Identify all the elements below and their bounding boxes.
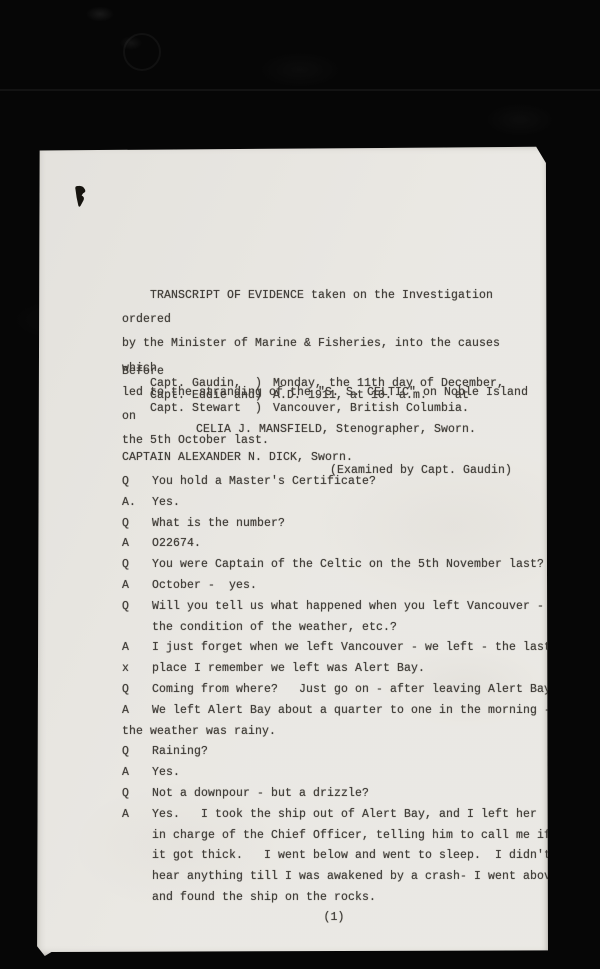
- qa-text: Yes.: [152, 496, 180, 517]
- qa-text: in charge of the Chief Officer, telling …: [152, 829, 551, 850]
- b-detail: Vancouver, British Columbia.: [273, 403, 469, 415]
- qa-prefix: x: [122, 662, 152, 683]
- qa-text: the weather was rainy.: [122, 725, 276, 746]
- stenographer-line: CELIA J. MANSFIELD, Stenographer, Sworn.: [196, 423, 476, 436]
- qa-text: O22674.: [152, 537, 201, 558]
- witness-line: CAPTAIN ALEXANDER N. DICK, Sworn.: [122, 451, 353, 464]
- qa-prefix: Q: [122, 600, 152, 621]
- b-name: Capt. Stewart: [150, 403, 255, 415]
- b-bracket: ): [255, 390, 273, 402]
- qa-row: QComing from where? Just go on - after l…: [122, 683, 550, 704]
- qa-prefix: A: [122, 641, 152, 662]
- b-detail: A.D. 1911, at 10. a.m. at: [273, 390, 469, 402]
- qa-prefix: Q: [122, 517, 152, 538]
- page-number: (1): [122, 911, 546, 924]
- qa-row: QYou were Captain of the Celtic on the 5…: [122, 558, 550, 579]
- qa-prefix: Q: [122, 683, 152, 704]
- before-row: Capt. Stewart)Vancouver, British Columbi…: [150, 403, 550, 415]
- qa-text: You hold a Master's Certificate?: [152, 475, 376, 496]
- qa-text: What is the number?: [152, 517, 285, 538]
- qa-prefix: A.: [122, 496, 152, 517]
- before-panel: Capt. Gaudin,)Monday, the 11th day of De…: [150, 378, 550, 415]
- qa-text: Will you tell us what happened when you …: [152, 600, 544, 621]
- qa-row: it got thick. I went below and went to s…: [122, 849, 550, 870]
- b-name: Capt. Eddie and: [150, 390, 255, 402]
- qa-prefix: A: [122, 766, 152, 787]
- qa-row: in charge of the Chief Officer, telling …: [122, 829, 550, 850]
- qa-row: AWe left Alert Bay about a quarter to on…: [122, 704, 550, 725]
- qa-text: You were Captain of the Celtic on the 5t…: [152, 558, 544, 579]
- qa-text: Yes.: [152, 766, 180, 787]
- ink-blot-mark: [71, 184, 88, 213]
- qa-prefix: [122, 870, 152, 891]
- qa-prefix: Q: [122, 558, 152, 579]
- scanned-page: TRANSCRIPT OF EVIDENCE taken on the Inve…: [0, 0, 600, 969]
- qa-row: QYou hold a Master's Certificate?: [122, 475, 550, 496]
- title-line: by the Minister of Marine & Fisheries, i…: [122, 332, 532, 380]
- qa-text: Not a downpour - but a drizzle?: [152, 787, 369, 808]
- qa-prefix: Q: [122, 787, 152, 808]
- qa-text: Coming from where? Just go on - after le…: [152, 683, 558, 704]
- qa-prefix: A: [122, 537, 152, 558]
- qa-prefix: A: [122, 579, 152, 600]
- qa-row: QRaining?: [122, 745, 550, 766]
- qa-prefix: Q: [122, 475, 152, 496]
- qa-row: the condition of the weather, etc.?: [122, 621, 550, 642]
- qa-prefix: [122, 849, 152, 870]
- qa-text: I just forget when we left Vancouver - w…: [152, 641, 551, 662]
- qa-text: hear anything till I was awakened by a c…: [152, 870, 558, 891]
- qa-text: October - yes.: [152, 579, 257, 600]
- qa-row: QWhat is the number?: [122, 517, 550, 538]
- qa-text: Yes. I took the ship out of Alert Bay, a…: [152, 808, 537, 829]
- qa-row: QNot a downpour - but a drizzle?: [122, 787, 550, 808]
- title-line: TRANSCRIPT OF EVIDENCE taken on the Inve…: [122, 284, 532, 332]
- qa-row: AYes. I took the ship out of Alert Bay, …: [122, 808, 550, 829]
- qa-row: xplace I remember we left was Alert Bay.: [122, 662, 550, 683]
- qa-prefix: [122, 829, 152, 850]
- qa-row: QWill you tell us what happened when you…: [122, 600, 550, 621]
- qa-row: AYes.: [122, 766, 550, 787]
- qa-row: A.Yes.: [122, 496, 550, 517]
- scan-artifact-seam: [0, 89, 600, 91]
- b-bracket: ): [255, 403, 273, 415]
- before-row: Capt. Eddie and)A.D. 1911, at 10. a.m. a…: [150, 390, 550, 402]
- qa-text: it got thick. I went below and went to s…: [152, 849, 551, 870]
- qa-text: We left Alert Bay about a quarter to one…: [152, 704, 551, 725]
- qa-row: the weather was rainy.: [122, 725, 550, 746]
- qa-row: and found the ship on the rocks.: [122, 891, 550, 912]
- qa-row: hear anything till I was awakened by a c…: [122, 870, 550, 891]
- paper-page: TRANSCRIPT OF EVIDENCE taken on the Inve…: [34, 146, 548, 956]
- qa-block: QYou hold a Master's Certificate?A.Yes.Q…: [122, 475, 550, 912]
- qa-prefix: [122, 621, 152, 642]
- qa-row: AO22674.: [122, 537, 550, 558]
- qa-row: AI just forget when we left Vancouver - …: [122, 641, 550, 662]
- qa-prefix: A: [122, 704, 152, 725]
- qa-text: and found the ship on the rocks.: [152, 891, 376, 912]
- qa-prefix: [122, 891, 152, 912]
- qa-row: AOctober - yes.: [122, 579, 550, 600]
- qa-text: Raining?: [152, 745, 208, 766]
- qa-text: the condition of the weather, etc.?: [152, 621, 397, 642]
- qa-text: place I remember we left was Alert Bay.: [152, 662, 425, 683]
- qa-prefix: A: [122, 808, 152, 829]
- qa-prefix: Q: [122, 745, 152, 766]
- scan-artifact-ring: [123, 33, 161, 71]
